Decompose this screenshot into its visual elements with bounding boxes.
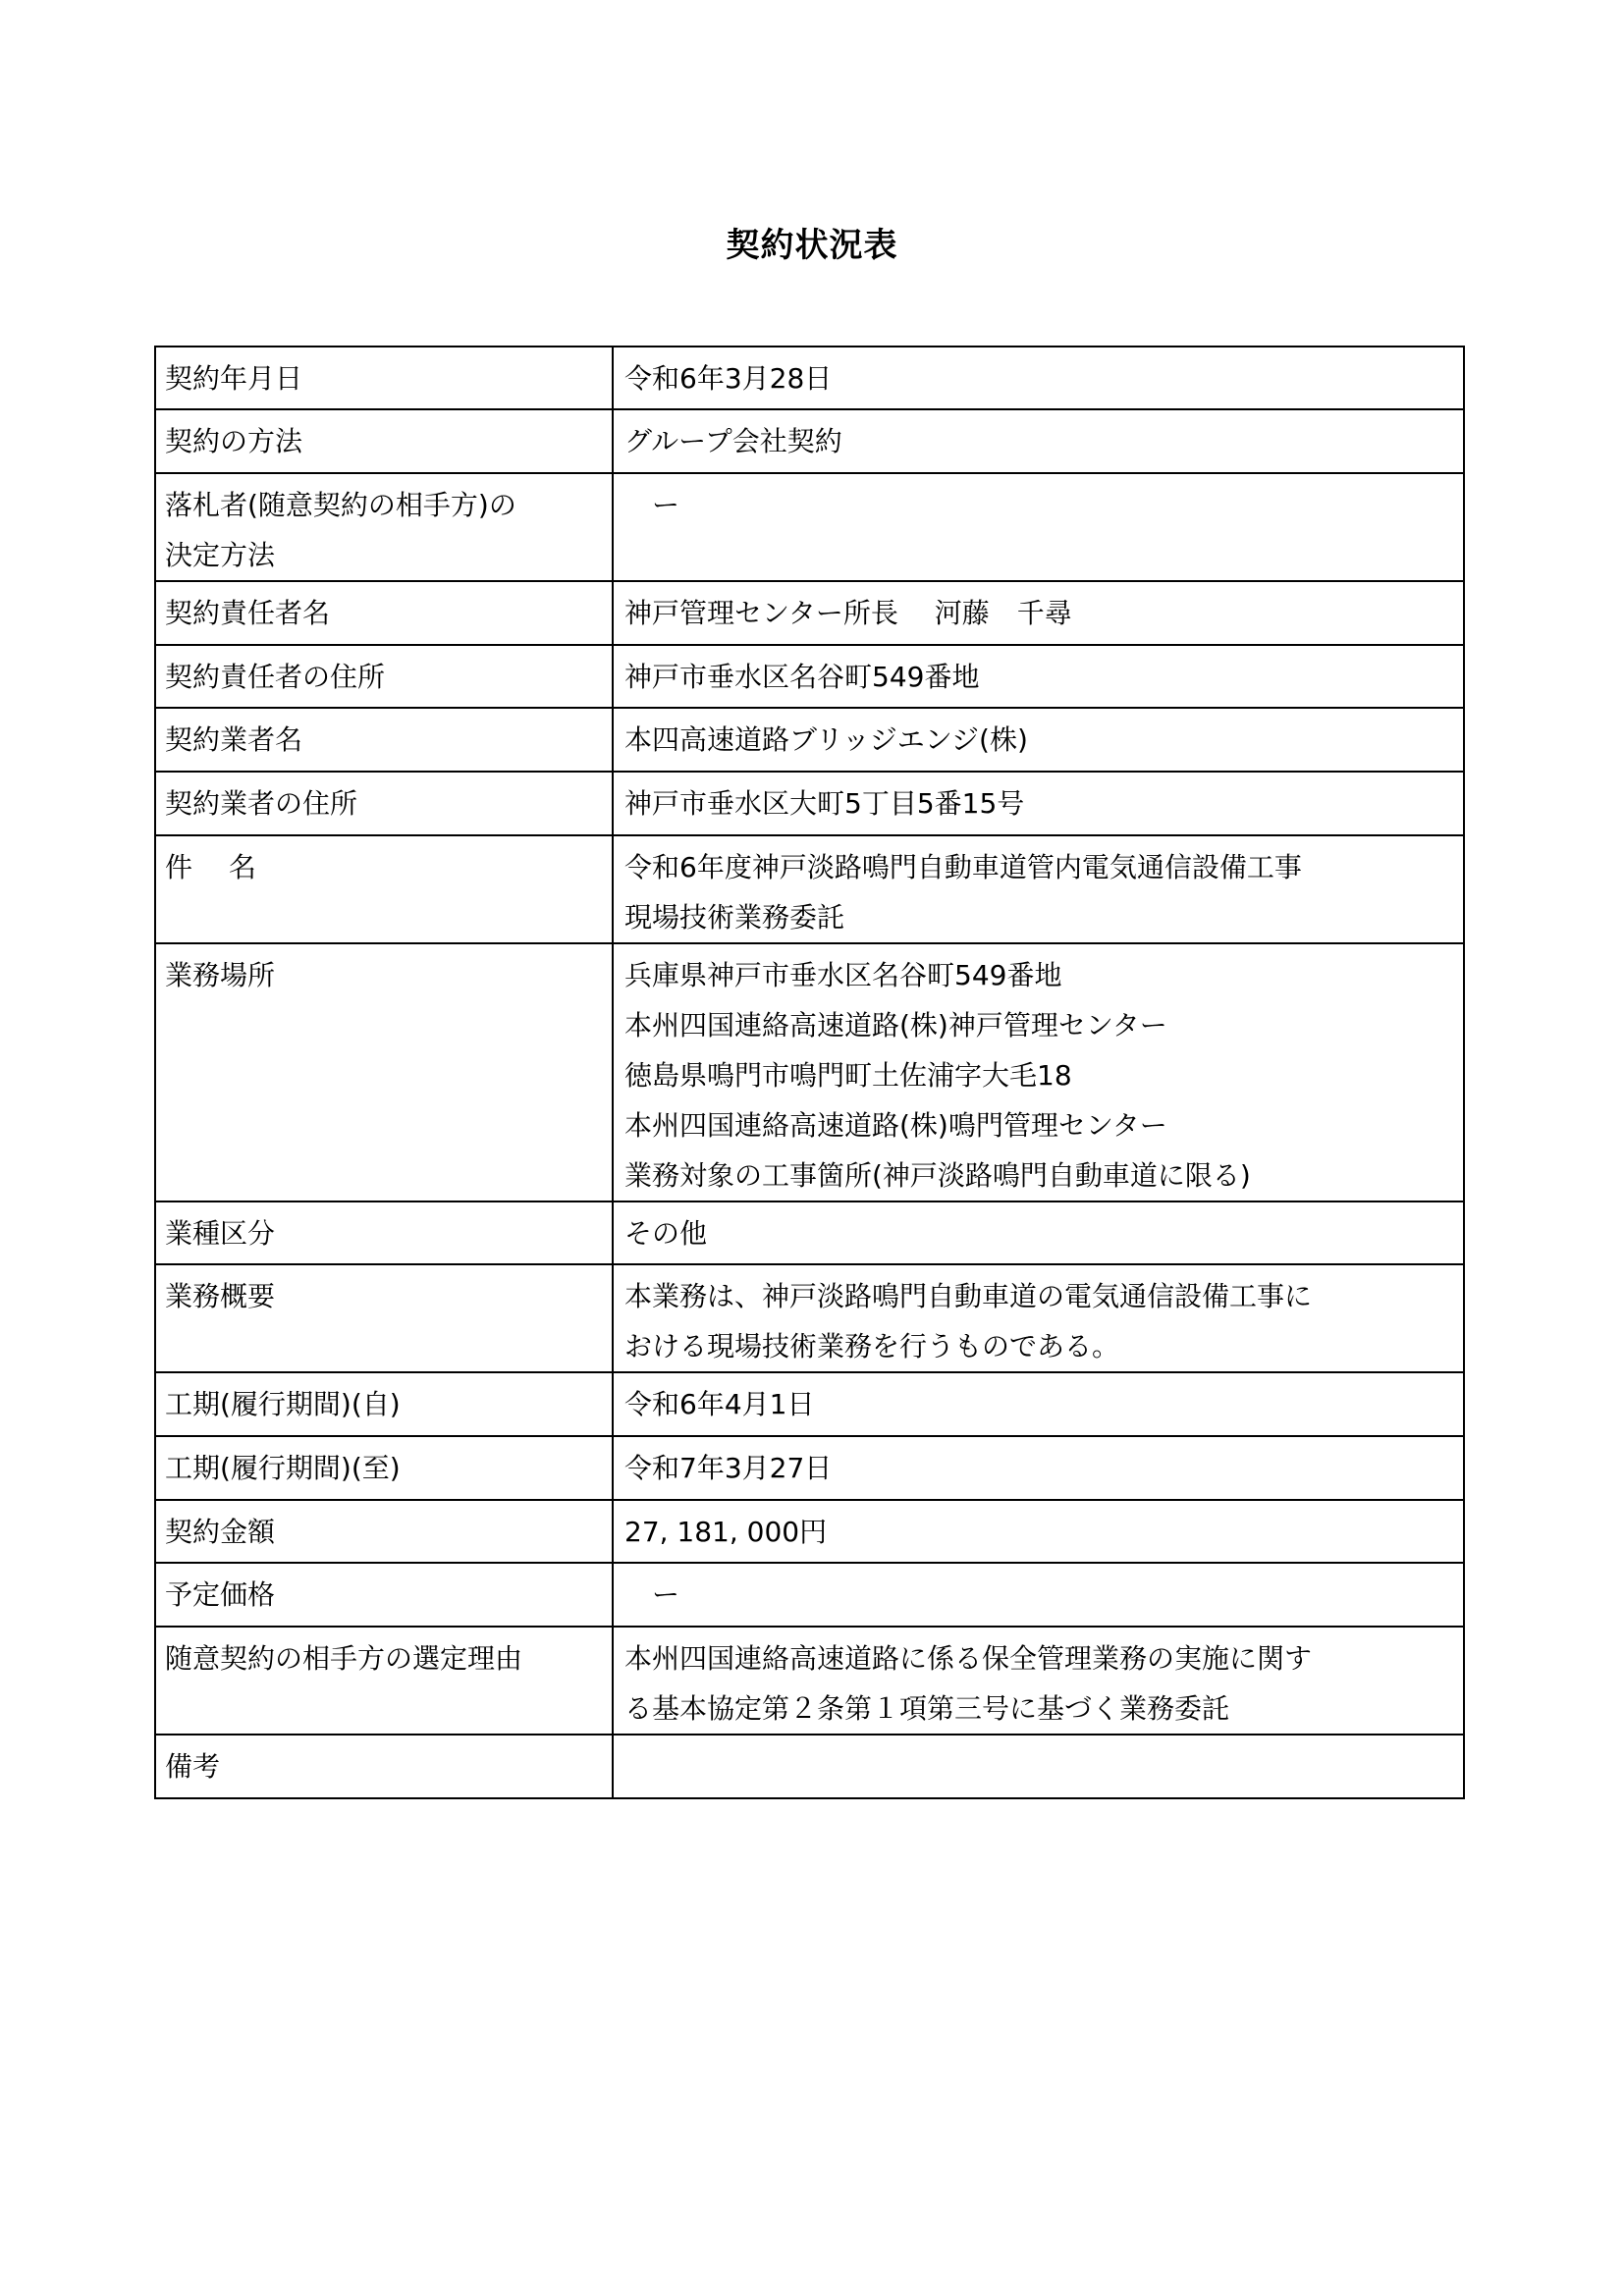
value-selection-method: ー bbox=[613, 473, 1464, 581]
row-responsible-person: 契約責任者名 神戸管理センター所長 河藤 千尋 bbox=[155, 581, 1464, 645]
value-line: 本州四国連絡高速道路に係る保全管理業務の実施に関す bbox=[624, 1633, 1455, 1683]
value-remarks bbox=[613, 1735, 1464, 1798]
row-period-to: 工期(履行期間)(至) 令和7年3月27日 bbox=[155, 1436, 1464, 1500]
label-period-to: 工期(履行期間)(至) bbox=[155, 1436, 613, 1500]
label-line: 落札者(随意契約の相手方)の bbox=[165, 480, 604, 530]
value-business-category: その他 bbox=[613, 1201, 1464, 1264]
label-work-summary: 業務概要 bbox=[155, 1264, 613, 1372]
row-contract-date: 契約年月日 令和6年3月28日 bbox=[155, 347, 1464, 409]
row-contractor-name: 契約業者名 本四高速道路ブリッジエンジ(株) bbox=[155, 708, 1464, 772]
value-contract-method: グループ会社契約 bbox=[613, 409, 1464, 473]
row-estimated-price: 予定価格 ー bbox=[155, 1563, 1464, 1627]
label-line: 決定方法 bbox=[165, 530, 604, 580]
row-contract-amount: 契約金額 27, 181, 000円 bbox=[155, 1500, 1464, 1563]
value-line: 本州四国連絡高速道路(株)鳴門管理センター bbox=[624, 1100, 1455, 1150]
value-line: 本州四国連絡高速道路(株)神戸管理センター bbox=[624, 1000, 1455, 1050]
value-contractor-name: 本四高速道路ブリッジエンジ(株) bbox=[613, 708, 1464, 772]
value-period-from: 令和6年4月1日 bbox=[613, 1372, 1464, 1436]
value-work-location: 兵庫県神戸市垂水区名谷町549番地 本州四国連絡高速道路(株)神戸管理センター … bbox=[613, 943, 1464, 1201]
row-remarks: 備考 bbox=[155, 1735, 1464, 1798]
label-contract-date: 契約年月日 bbox=[155, 347, 613, 409]
label-period-from: 工期(履行期間)(自) bbox=[155, 1372, 613, 1436]
label-subject: 件 名 bbox=[155, 835, 613, 943]
value-estimated-price: ー bbox=[613, 1563, 1464, 1627]
label-responsible-person: 契約責任者名 bbox=[155, 581, 613, 645]
label-responsible-address: 契約責任者の住所 bbox=[155, 645, 613, 708]
row-selection-method: 落札者(随意契約の相手方)の 決定方法 ー bbox=[155, 473, 1464, 581]
value-line: 徳島県鳴門市鳴門町土佐浦字大毛18 bbox=[624, 1050, 1455, 1100]
value-line: 本業務は、神戸淡路鳴門自動車道の電気通信設備工事に bbox=[624, 1271, 1455, 1321]
label-contractor-name: 契約業者名 bbox=[155, 708, 613, 772]
row-subject: 件 名 令和6年度神戸淡路鳴門自動車道管内電気通信設備工事 現場技術業務委託 bbox=[155, 835, 1464, 943]
label-contractor-address: 契約業者の住所 bbox=[155, 772, 613, 835]
value-contract-date: 令和6年3月28日 bbox=[613, 347, 1464, 409]
value-contractor-address: 神戸市垂水区大町5丁目5番15号 bbox=[613, 772, 1464, 835]
value-responsible-person: 神戸管理センター所長 河藤 千尋 bbox=[613, 581, 1464, 645]
value-line: 現場技術業務委託 bbox=[624, 892, 1455, 942]
label-estimated-price: 予定価格 bbox=[155, 1563, 613, 1627]
value-responsible-address: 神戸市垂水区名谷町549番地 bbox=[613, 645, 1464, 708]
label-selection-reason: 随意契約の相手方の選定理由 bbox=[155, 1627, 613, 1735]
value-contract-amount: 27, 181, 000円 bbox=[613, 1500, 1464, 1563]
value-subject: 令和6年度神戸淡路鳴門自動車道管内電気通信設備工事 現場技術業務委託 bbox=[613, 835, 1464, 943]
value-selection-reason: 本州四国連絡高速道路に係る保全管理業務の実施に関す る基本協定第２条第１項第三号… bbox=[613, 1627, 1464, 1735]
value-line: 兵庫県神戸市垂水区名谷町549番地 bbox=[624, 950, 1455, 1000]
row-work-location: 業務場所 兵庫県神戸市垂水区名谷町549番地 本州四国連絡高速道路(株)神戸管理… bbox=[155, 943, 1464, 1201]
value-work-summary: 本業務は、神戸淡路鳴門自動車道の電気通信設備工事に おける現場技術業務を行うもの… bbox=[613, 1264, 1464, 1372]
row-selection-reason: 随意契約の相手方の選定理由 本州四国連絡高速道路に係る保全管理業務の実施に関す … bbox=[155, 1627, 1464, 1735]
value-line: る基本協定第２条第１項第三号に基づく業務委託 bbox=[624, 1683, 1455, 1734]
label-work-location: 業務場所 bbox=[155, 943, 613, 1201]
value-line: おける現場技術業務を行うものである。 bbox=[624, 1321, 1455, 1371]
row-period-from: 工期(履行期間)(自) 令和6年4月1日 bbox=[155, 1372, 1464, 1436]
row-responsible-address: 契約責任者の住所 神戸市垂水区名谷町549番地 bbox=[155, 645, 1464, 708]
label-remarks: 備考 bbox=[155, 1735, 613, 1798]
label-contract-method: 契約の方法 bbox=[155, 409, 613, 473]
row-contractor-address: 契約業者の住所 神戸市垂水区大町5丁目5番15号 bbox=[155, 772, 1464, 835]
label-selection-method: 落札者(随意契約の相手方)の 決定方法 bbox=[155, 473, 613, 581]
row-contract-method: 契約の方法 グループ会社契約 bbox=[155, 409, 1464, 473]
value-line: 令和6年度神戸淡路鳴門自動車道管内電気通信設備工事 bbox=[624, 842, 1455, 892]
value-line: 業務対象の工事箇所(神戸淡路鳴門自動車道に限る) bbox=[624, 1150, 1455, 1201]
value-period-to: 令和7年3月27日 bbox=[613, 1436, 1464, 1500]
label-contract-amount: 契約金額 bbox=[155, 1500, 613, 1563]
row-work-summary: 業務概要 本業務は、神戸淡路鳴門自動車道の電気通信設備工事に おける現場技術業務… bbox=[155, 1264, 1464, 1372]
label-business-category: 業種区分 bbox=[155, 1201, 613, 1264]
document-title: 契約状況表 bbox=[0, 221, 1624, 270]
contract-status-table: 契約年月日 令和6年3月28日 契約の方法 グループ会社契約 落札者(随意契約の… bbox=[154, 346, 1465, 1799]
row-business-category: 業種区分 その他 bbox=[155, 1201, 1464, 1264]
